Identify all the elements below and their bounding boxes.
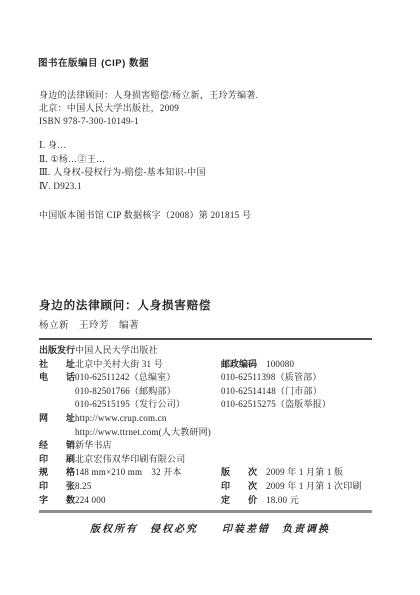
- colophon-row: 规 格 148 mm×210 mm 32 开本 版 次 2009 年 1 月第 …: [39, 466, 384, 480]
- colophon-right-label: 邮政编码: [221, 358, 257, 372]
- colophon-right-label: 印 次: [221, 480, 257, 494]
- colophon-row: http://www.ttrnet.com(人大教研网): [39, 426, 384, 440]
- colophon-row: 字 数 224 000 定 价 18.00 元: [39, 494, 384, 508]
- colophon-value: 148 mm×210 mm 32 开本: [75, 466, 221, 480]
- classification-item: Ⅲ. 人身权-侵权行为-赔偿-基本知识-中国: [39, 166, 390, 180]
- colophon-right-value: 100080: [266, 358, 294, 372]
- colophon-row: 010-82501766（邮购部） 010-62514148（门市部）: [39, 385, 384, 399]
- colophon-value: 010-62511242（总编室）: [75, 371, 221, 385]
- colophon-value: http://www.ttrnet.com(人大教研网): [75, 426, 221, 440]
- classification-item: Ⅱ. ①杨…②王…: [39, 153, 390, 167]
- colophon-label: 规 格: [39, 466, 75, 480]
- cip-record-block: 身边的法律顾问：人身损害赔偿/杨立新，王玲芳编著. 北京：中国人民大学出版社，2…: [39, 89, 390, 128]
- colophon-row: 网 址 http://www.crup.com.cn: [39, 412, 384, 426]
- colophon-right-value: 010-62514148（门市部）: [221, 385, 322, 399]
- book-authors: 杨立新 王玲芳 编著: [39, 317, 139, 331]
- colophon-label: 社 址: [39, 358, 75, 372]
- colophon-value: 中国人民大学出版社: [75, 344, 221, 358]
- copyright-notice: 版权所有 侵权必究 印装差错 负责调换: [0, 520, 420, 535]
- colophon-row: 出版发行 中国人民大学出版社: [39, 344, 384, 358]
- colophon-label: 电 话: [39, 371, 75, 385]
- classification-block: Ⅰ. 身… Ⅱ. ①杨…②王… Ⅲ. 人身权-侵权行为-赔偿-基本知识-中国 Ⅳ…: [39, 139, 390, 193]
- cip-record-line: 身边的法律顾问：人身损害赔偿/杨立新，王玲芳编著.: [39, 89, 390, 102]
- colophon-row: 电 话 010-62511242（总编室） 010-62511398（质管部）: [39, 371, 384, 385]
- colophon-right-label: 定 价: [221, 494, 257, 508]
- copyright-page: 图书在版编目 (CIP) 数据 身边的法律顾问：人身损害赔偿/杨立新，王玲芳编著…: [0, 0, 420, 595]
- colophon-label: 网 址: [39, 412, 75, 426]
- book-title: 身边的法律顾问：人身损害赔偿: [39, 297, 211, 313]
- colophon-value: 224 000: [75, 494, 221, 508]
- cip-record-line: 北京：中国人民大学出版社，2009: [39, 102, 390, 115]
- colophon-label: 字 数: [39, 494, 75, 508]
- colophon-row: 社 址 北京中关村大街 31 号 邮政编码 100080: [39, 358, 384, 372]
- colophon-label: 出版发行: [39, 344, 75, 358]
- colophon-right-value: 2009 年 1 月第 1 版: [266, 466, 343, 480]
- colophon-right-value: 18.00 元: [266, 494, 299, 508]
- colophon-row: 经 销 新华书店: [39, 439, 384, 453]
- classification-item: Ⅰ. 身…: [39, 139, 390, 153]
- colophon-value: 8.25: [75, 480, 221, 494]
- colophon-value: 北京宏伟双华印刷有限公司: [75, 453, 221, 467]
- colophon-value: 010-62515195（发行公司）: [75, 398, 221, 412]
- colophon-row: 印 张 8.25 印 次 2009 年 1 月第 1 次印刷: [39, 480, 384, 494]
- colophon-value: 新华书店: [75, 439, 221, 453]
- colophon-label: 经 销: [39, 439, 75, 453]
- colophon-right-label: 版 次: [221, 466, 257, 480]
- colophon-value: 010-82501766（邮购部）: [75, 385, 221, 399]
- colophon-label: 印 张: [39, 480, 75, 494]
- colophon-value: 北京中关村大街 31 号: [75, 358, 221, 372]
- cip-header: 图书在版编目 (CIP) 数据: [38, 55, 149, 69]
- divider-rule-top: [39, 338, 372, 340]
- colophon-label: 印 刷: [39, 453, 75, 467]
- isbn-line: ISBN 978-7-300-10149-1: [39, 115, 390, 128]
- colophon-right-value: 2009 年 1 月第 1 次印刷: [266, 480, 362, 494]
- colophon-value: http://www.crup.com.cn: [75, 412, 221, 426]
- colophon-row: 印 刷 北京宏伟双华印刷有限公司: [39, 453, 384, 467]
- classification-item: Ⅳ. D923.1: [39, 180, 390, 194]
- colophon-table: 出版发行 中国人民大学出版社 社 址 北京中关村大街 31 号 邮政编码 100…: [39, 344, 384, 507]
- divider-rule-bottom: [39, 510, 372, 513]
- cip-number-line: 中国版本图书馆 CIP 数据核字（2008）第 201815 号: [39, 208, 251, 221]
- colophon-row: 010-62515195（发行公司） 010-62515275（盗版举报）: [39, 398, 384, 412]
- colophon-right-value: 010-62515275（盗版举报）: [221, 398, 331, 412]
- colophon-right-value: 010-62511398（质管部）: [221, 371, 322, 385]
